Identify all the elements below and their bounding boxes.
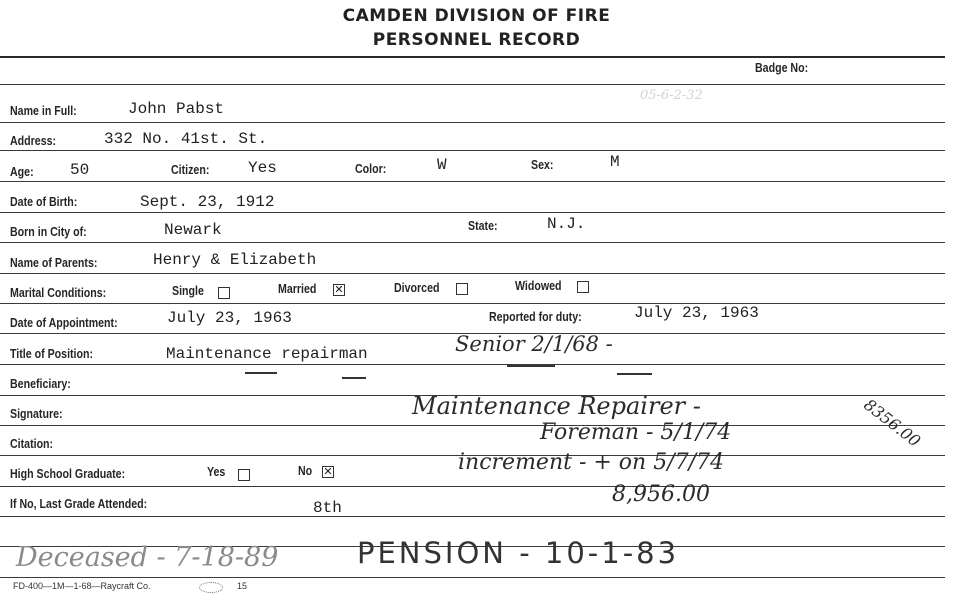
age-value[interactable]: 50	[70, 161, 89, 179]
underline-mark	[342, 377, 366, 379]
appointment-value[interactable]: July 23, 1963	[167, 309, 292, 327]
marital-divorced-checkbox[interactable]	[456, 283, 468, 295]
salary-amount-note: 8356.00	[860, 395, 924, 451]
divider	[0, 516, 945, 517]
divider	[0, 84, 945, 85]
name-value[interactable]: John Pabst	[128, 100, 224, 118]
divider	[0, 577, 945, 578]
citation-label: Citation:	[10, 437, 53, 451]
marital-divorced-label: Divorced	[394, 281, 439, 295]
dob-value[interactable]: Sept. 23, 1912	[140, 193, 274, 211]
marital-married-label: Married	[278, 282, 316, 296]
marital-married-checkbox[interactable]: ✕	[333, 284, 345, 296]
sex-label: Sex:	[531, 158, 553, 172]
divider	[0, 56, 945, 58]
signature-handwritten-note: Maintenance Repairer -	[412, 392, 701, 420]
signature-label: Signature:	[10, 407, 63, 421]
form-title-line2: PERSONNEL RECORD	[0, 30, 953, 50]
address-label: Address:	[10, 134, 56, 148]
high-school-yes-label: Yes	[207, 465, 225, 479]
name-label: Name in Full:	[10, 104, 77, 118]
union-label-icon	[199, 582, 223, 593]
sex-value[interactable]: M	[610, 153, 620, 171]
badge-number-faint: 05-6-2-32	[640, 88, 703, 103]
reported-label: Reported for duty:	[489, 310, 582, 324]
divider	[0, 273, 945, 274]
divider	[0, 303, 945, 304]
divider	[0, 364, 945, 365]
divider	[0, 181, 945, 182]
born-city-label: Born in City of:	[10, 225, 87, 239]
position-value[interactable]: Maintenance repairman	[166, 345, 368, 363]
born-city-value[interactable]: Newark	[164, 221, 222, 239]
high-school-label: High School Graduate:	[10, 467, 125, 481]
form-code: FD-400—1M—1-68—Raycraft Co.	[13, 581, 151, 591]
marital-widowed-label: Widowed	[515, 279, 562, 293]
position-handwritten-note: Senior 2/1/68 -	[455, 332, 613, 356]
address-value[interactable]: 332 No. 41st. St.	[104, 130, 267, 148]
last-grade-value[interactable]: 8th	[313, 499, 342, 517]
marital-widowed-checkbox[interactable]	[577, 281, 589, 293]
marital-single-checkbox[interactable]	[218, 287, 230, 299]
citizen-value[interactable]: Yes	[248, 159, 277, 177]
divider	[0, 242, 945, 243]
high-school-no-label: No	[298, 464, 312, 478]
pension-annotation: PENSION - 10-1-83	[357, 536, 679, 570]
high-school-yes-checkbox[interactable]	[238, 469, 250, 481]
dob-label: Date of Birth:	[10, 195, 77, 209]
marital-label: Marital Conditions:	[10, 286, 106, 300]
increment-handwritten-note: increment - + on 5/7/74	[458, 450, 724, 475]
position-label: Title of Position:	[10, 347, 93, 361]
color-value[interactable]: W	[437, 156, 447, 174]
underline-mark	[245, 372, 277, 374]
marital-single-label: Single	[172, 284, 204, 298]
state-value[interactable]: N.J.	[547, 215, 585, 233]
underline-mark	[617, 373, 652, 375]
citizen-label: Citizen:	[171, 163, 209, 177]
page-number: 15	[237, 581, 247, 591]
form-title-line1: CAMDEN DIVISION OF FIRE	[0, 6, 953, 26]
state-label: State:	[468, 219, 498, 233]
last-grade-label: If No, Last Grade Attended:	[10, 497, 147, 511]
divider	[0, 212, 945, 213]
divider	[0, 486, 945, 487]
high-school-no-checkbox[interactable]: ✕	[322, 466, 334, 478]
parents-value[interactable]: Henry & Elizabeth	[153, 251, 316, 269]
reported-value[interactable]: July 23, 1963	[634, 304, 759, 322]
age-label: Age:	[10, 165, 34, 179]
parents-label: Name of Parents:	[10, 256, 97, 270]
appointment-label: Date of Appointment:	[10, 316, 118, 330]
underline-mark	[507, 365, 555, 367]
divider	[0, 425, 945, 426]
divider	[0, 122, 945, 123]
citation-handwritten-note: Foreman - 5/1/74	[540, 420, 731, 445]
color-label: Color:	[355, 162, 386, 176]
divider	[0, 150, 945, 151]
increment-amount-note: 8,956.00	[612, 482, 710, 507]
badge-label: Badge No:	[755, 61, 808, 75]
deceased-annotation: Deceased - 7-18-89	[16, 542, 278, 573]
beneficiary-label: Beneficiary:	[10, 377, 71, 391]
